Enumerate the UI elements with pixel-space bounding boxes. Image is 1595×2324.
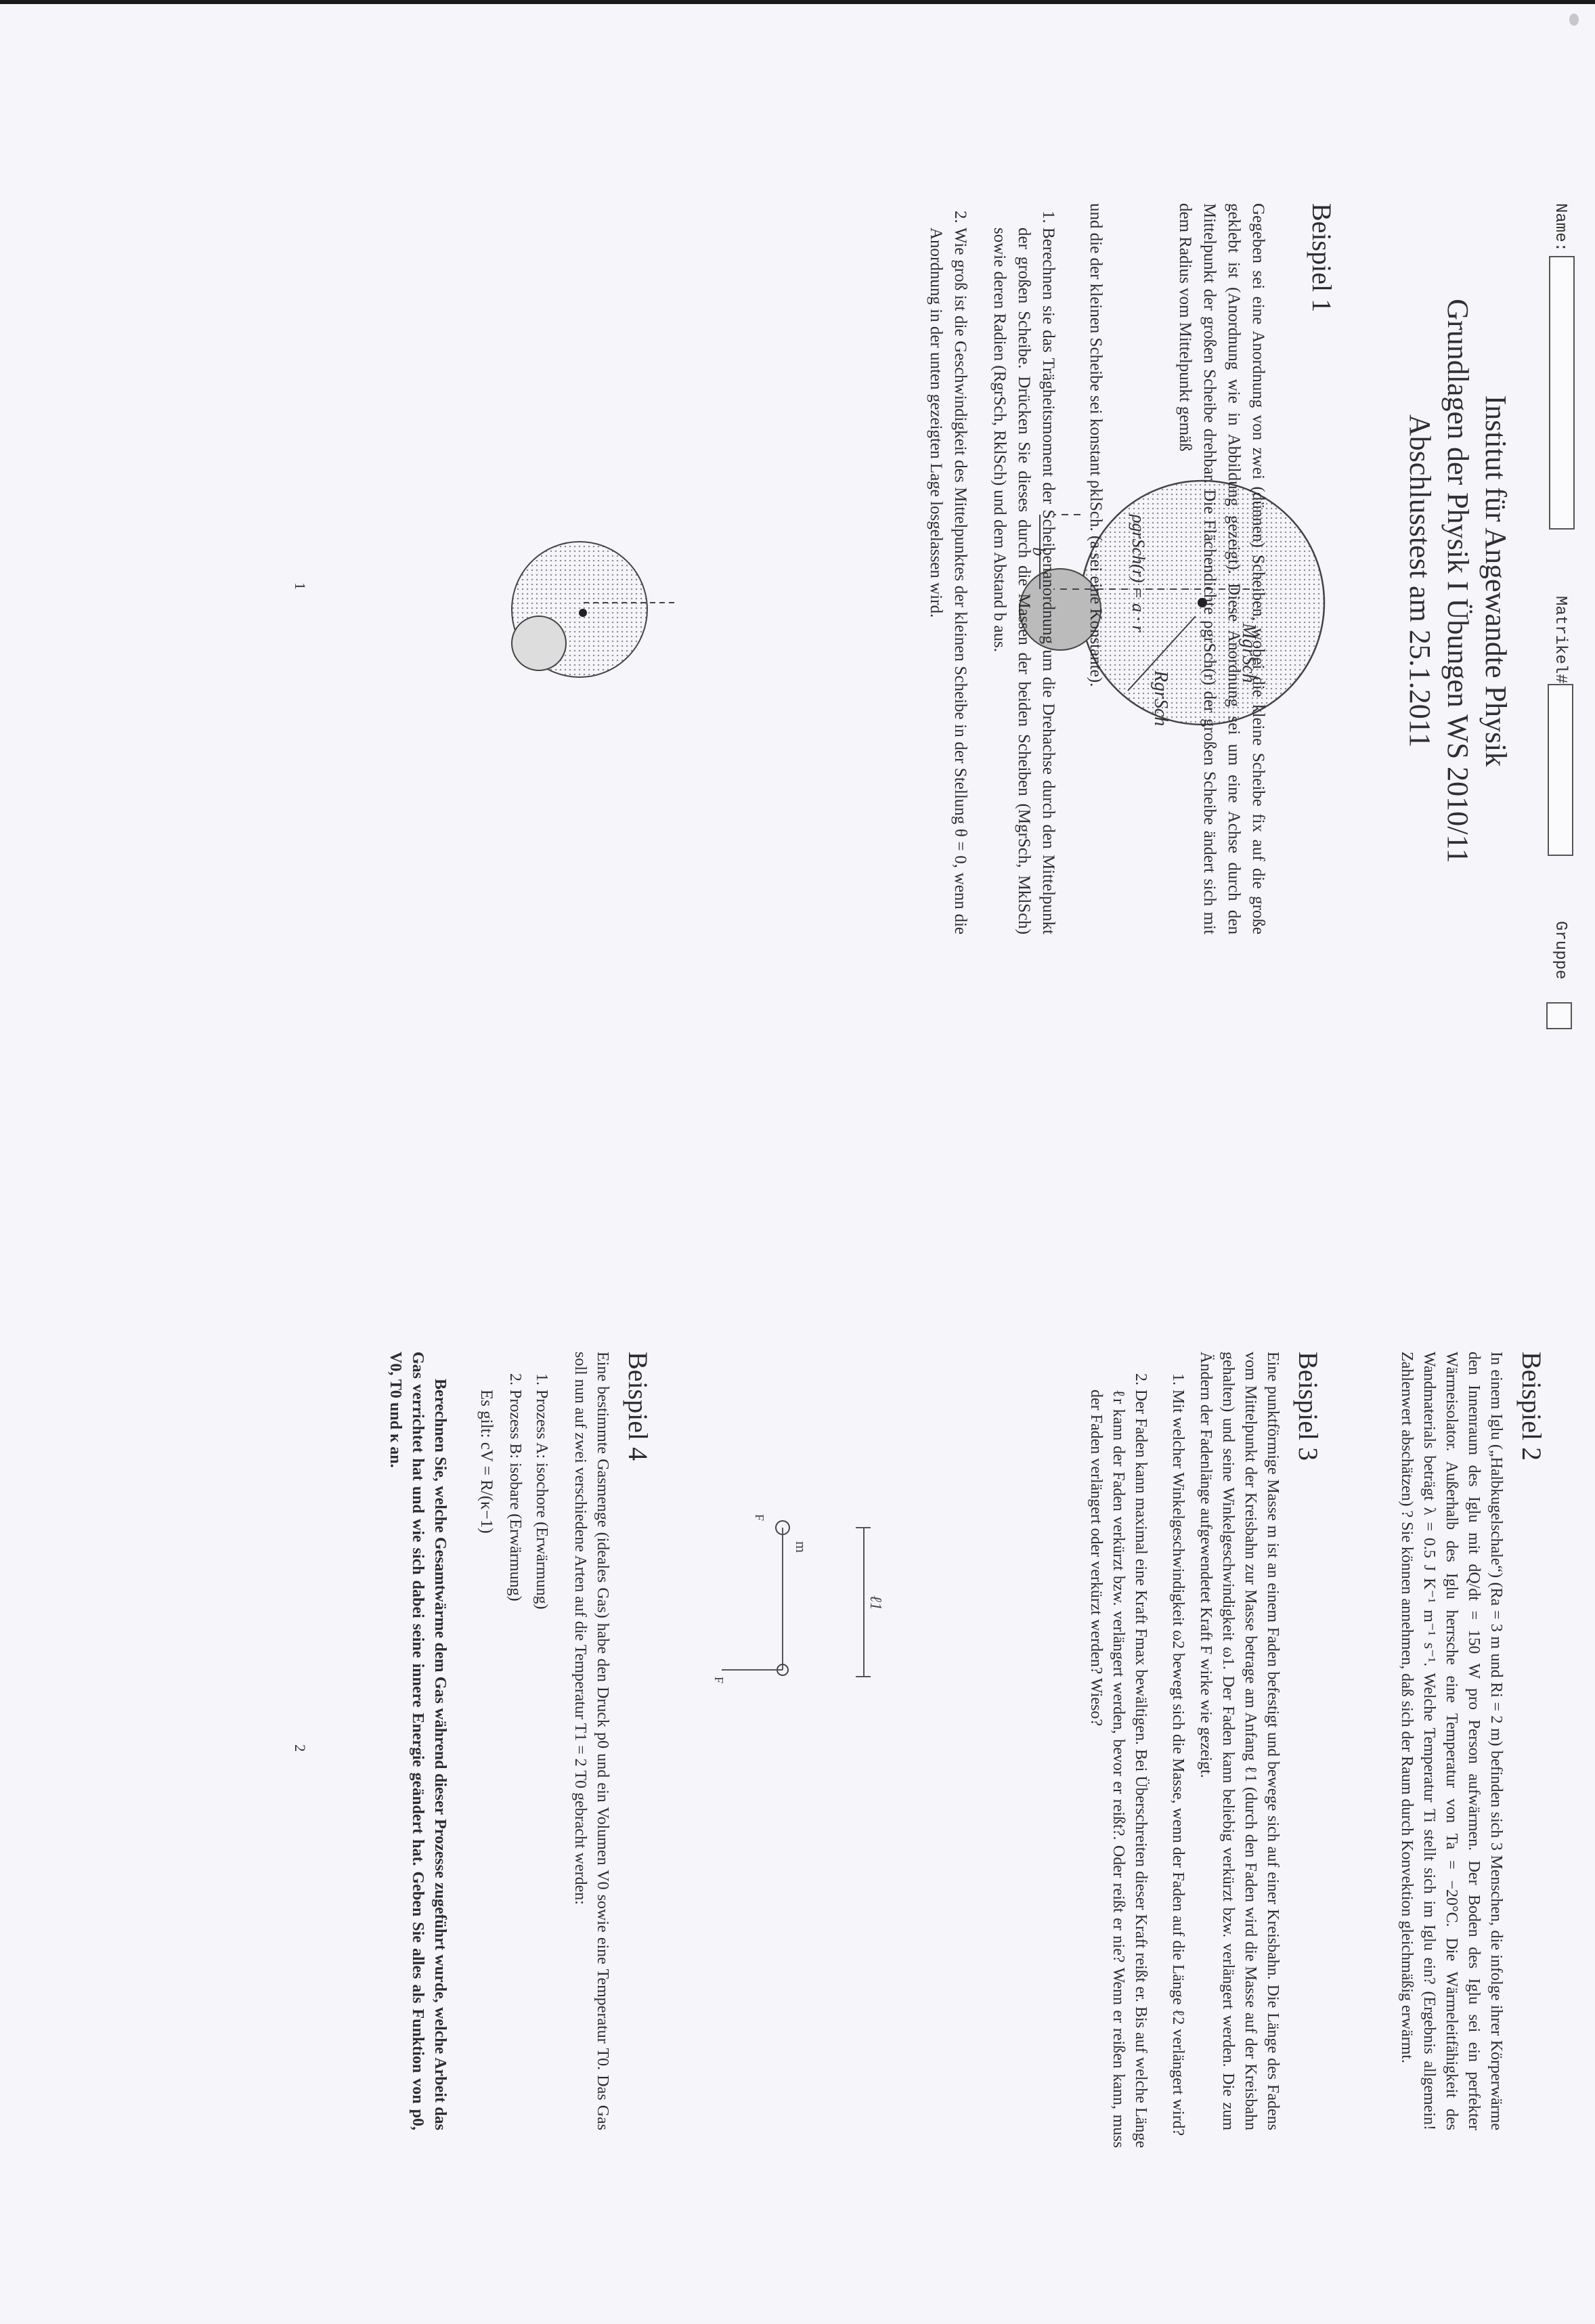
page-number-2: 2 [291, 1744, 309, 1752]
beispiel-4-question: Berechnen Sie, welche Gesamtwärme dem Ga… [384, 1352, 451, 2130]
beispiel-4-processes: Prozess A: isochore (Erwärmung) Prozess … [500, 1365, 552, 2134]
page-number-1: 1 [291, 582, 309, 590]
thread-sketch: ℓ1 m F F [0, 1162, 1595, 2324]
sketch-force-bottom: F [712, 1677, 726, 1683]
process-a: Prozess A: isochore (Erwärmung) [530, 1390, 552, 2134]
beispiel-4-heading: Beispiel 4 [622, 1352, 654, 1461]
sketch-force-top: F [753, 1514, 766, 1521]
page-1: Name: Matrikel#: Gruppe Institut für Ang… [0, 0, 1595, 1162]
beispiel-1-task-1: Berechnen sie das Trägheitsmoment der Sc… [987, 228, 1060, 934]
disk-figure: b MgrSch RgrSch [0, 0, 1595, 1162]
sketch-length-label: ℓ1 [867, 1595, 884, 1610]
beispiel-1-tasks: Berechnen sie das Trägheitsmoment der Sc… [909, 203, 1060, 934]
process-b: Prozess B: isobare (Erwärmung) [504, 1390, 526, 2134]
beispiel-4-text: Eine bestimmte Gasmenge (ideales Gas) ha… [569, 1352, 613, 2130]
label-radius: RgrSch [1150, 670, 1171, 726]
beispiel-4-hint: Es gilt: cV = R/(κ−1) [474, 1390, 498, 1931]
beispiel-1-after-formula: und die der kleinen Scheibe sei konstant… [1083, 203, 1108, 934]
exam-sheet: Name: Matrikel#: Gruppe Institut für Ang… [0, 0, 1595, 2324]
beispiel-1-task-2: Wie groß ist die Geschwindigkeit des Mit… [923, 228, 972, 934]
sketch-mass-label: m [793, 1541, 810, 1553]
page-2: Beispiel 2 In einem Iglu („Halbkugelscha… [0, 1162, 1595, 2324]
beispiel-1-intro: Gegeben sei eine Anordnung von zwei (dün… [1173, 203, 1270, 934]
density-formula: ρgrSch(r) = a · r [1128, 515, 1148, 632]
